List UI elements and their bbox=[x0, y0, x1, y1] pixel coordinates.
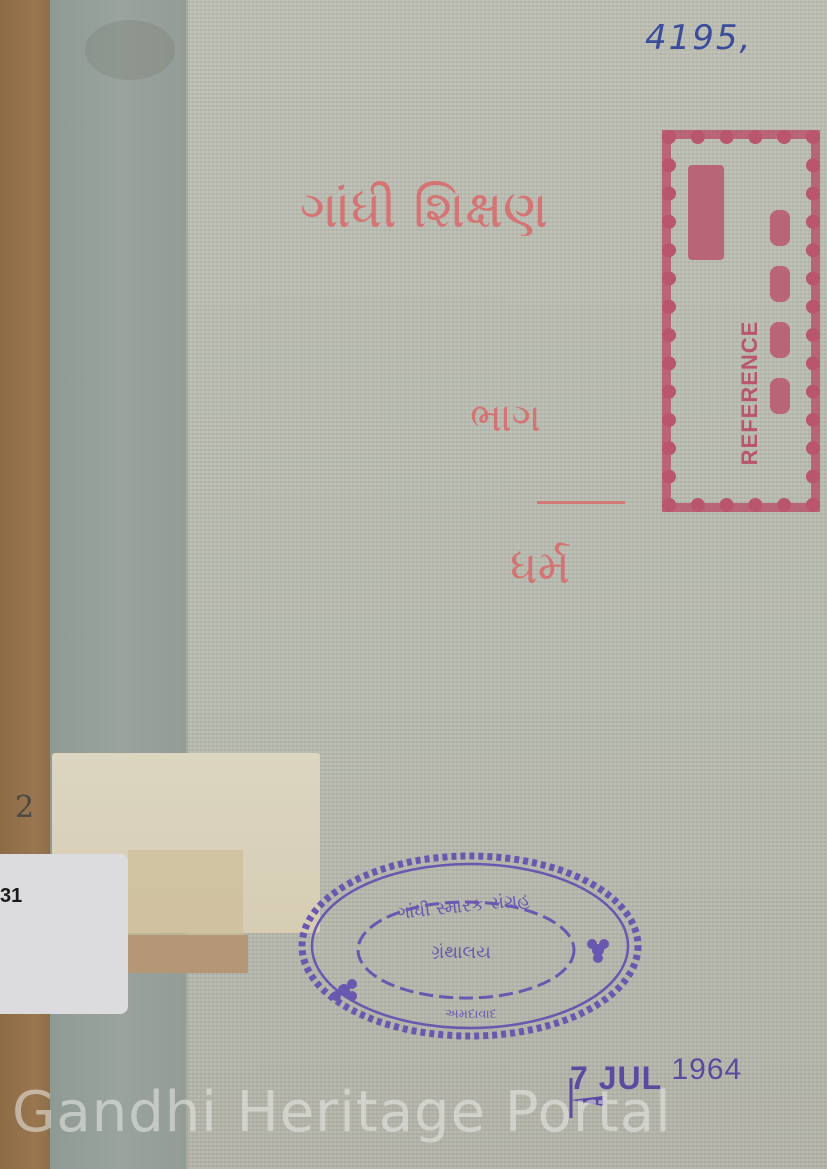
accession-number: 4195, bbox=[645, 18, 752, 58]
pencil-mark: 2 bbox=[15, 790, 34, 825]
library-stamp-bottom-text: અમદાવાદ bbox=[445, 1007, 497, 1022]
handwritten-title-line3: ધર્મ bbox=[510, 540, 570, 596]
watermark: Gandhi Heritage Portal bbox=[12, 1080, 672, 1145]
tape-stain bbox=[85, 20, 175, 80]
reference-stamp-dots bbox=[770, 210, 794, 410]
paper-label-brown bbox=[128, 935, 248, 973]
handwritten-title-line2: ભાગ bbox=[470, 395, 541, 441]
library-stamp: ગાંધી સ્મારક સંગ્રહ ગ્રંથાલય અમદાવાદ bbox=[296, 850, 644, 1042]
reference-stamp-block bbox=[688, 165, 724, 260]
reference-stamp-text: REFERENCE bbox=[737, 283, 763, 503]
handwritten-rule bbox=[537, 501, 625, 504]
spine-label-number: 31 bbox=[0, 885, 22, 908]
spine-label bbox=[0, 854, 128, 1014]
library-stamp-top-text: ગાંધી સ્મારક સંગ્રહ bbox=[396, 889, 531, 924]
handwritten-title-line1: ગાંધી શિક્ષણ bbox=[300, 180, 548, 241]
date-stamp-year: 1964 bbox=[671, 1053, 742, 1086]
library-stamp-center-text: ગ્રંથાલય bbox=[431, 942, 491, 963]
paper-label-tan bbox=[128, 850, 243, 935]
